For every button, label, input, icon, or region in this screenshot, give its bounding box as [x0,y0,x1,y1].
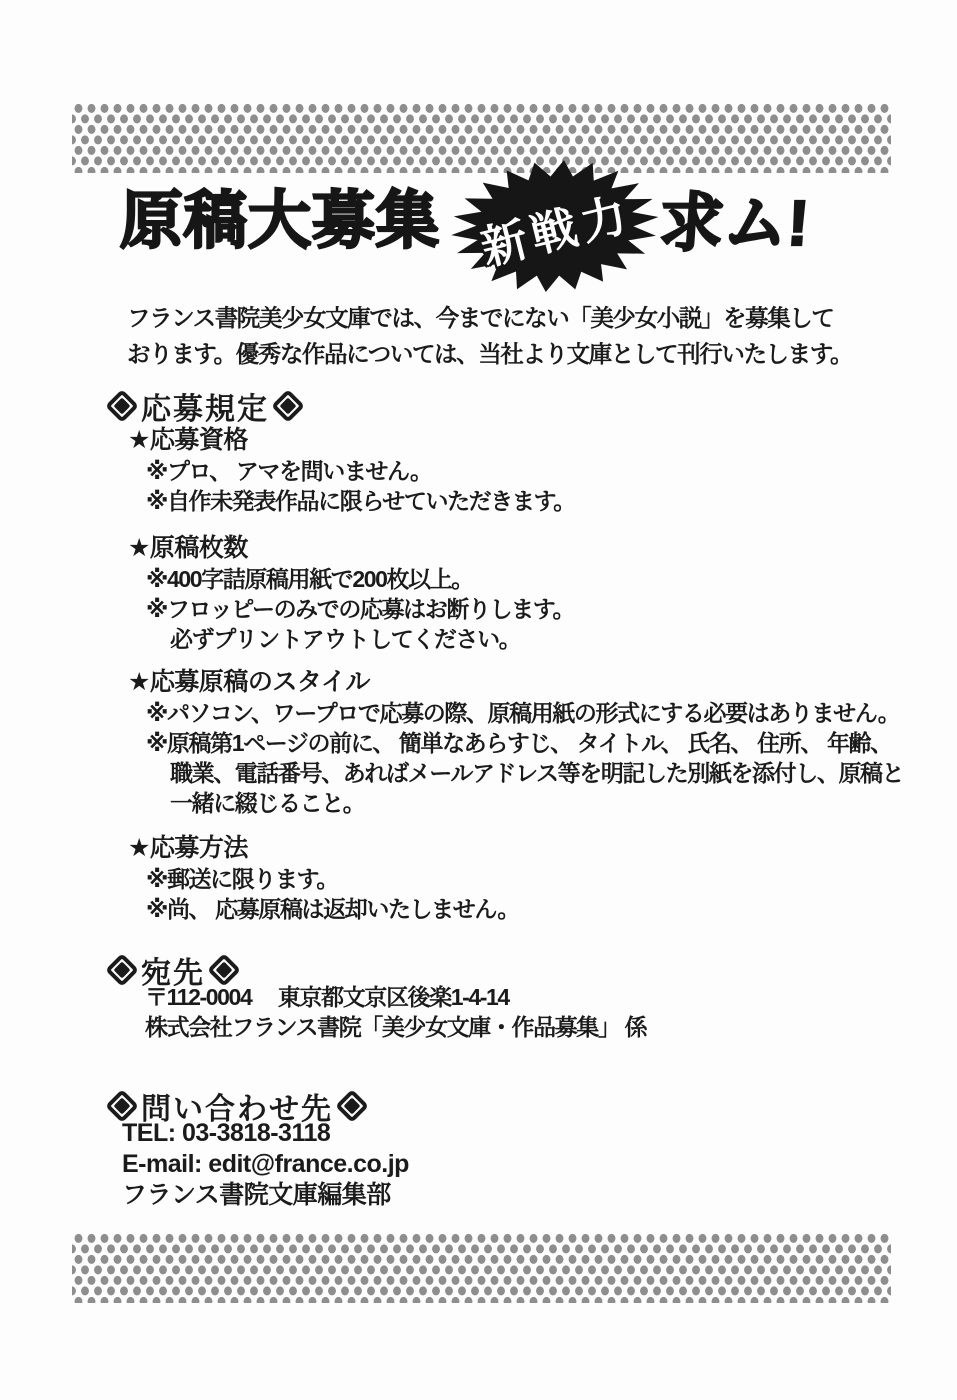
rules-group-submission-method: ★応募方法 ※郵送に限ります。 ※尚、 応募原稿は返却いたしません。 [128,832,519,924]
contact-line-department: フランス書院文庫編集部 [122,1180,409,1211]
group-title: ★応募方法 [128,832,519,864]
rule-line: ※自作未発表作品に限らせていただきます。 [128,486,575,516]
intro-paragraph: フランス書院美少女文庫では、今までにない「美少女小説」を募集して おります。優秀… [127,300,852,372]
rules-group-manuscript-style: ★応募原稿のスタイル ※パソコン、ワープロで応募の際、原稿用紙の形式にする必要は… [128,666,903,818]
diamond-icon [271,389,305,423]
diamond-icon [105,953,139,987]
rules-group-eligibility: ★応募資格 ※プロ、 アマを問いません。 ※自作未発表作品に限らせていただきます… [128,424,575,516]
title-main: 原稿大募集 [120,170,440,261]
contact-line-tel: TEL: 03-3818-3118 [122,1118,409,1149]
group-title: ★応募原稿のスタイル [128,666,903,698]
starburst-badge: 新戦力 [443,151,669,304]
note-pre: 必ず [170,626,213,652]
diamond-icon [105,389,139,423]
decor-dot-band-bottom [72,1233,891,1303]
contact-line-email: E-mail: edit@france.co.jp [122,1149,409,1180]
contact-block: TEL: 03-3818-3118 E-mail: edit@france.co… [122,1118,409,1211]
rule-line-continuation: 職業、電話番号、あればメールアドレス等を明記した別紙を添付し、原稿と [128,758,903,788]
rule-line: ※プロ、 アマを問いません。 [128,456,575,486]
section-heading-rules: 応募規定 [110,384,300,428]
rule-line: ※尚、 応募原稿は返却いたしません。 [128,894,519,924]
decor-dot-band-top [72,103,891,173]
rule-line: ※パソコン、ワープロで応募の際、原稿用紙の形式にする必要はありません。 [128,698,903,728]
address-block: 〒112-0004 東京都文京区後楽1-4-14 株式会社フランス書院「美少女文… [145,982,646,1042]
rule-line: ※400字詰原稿用紙で200枚以上。 [128,564,574,594]
rule-line: ※郵送に限ります。 [128,864,519,894]
intro-line-1: フランス書院美少女文庫では、今までにない「美少女小説」を募集して [127,305,834,331]
group-title: ★原稿枚数 [128,532,574,564]
note-post: してください。 [369,626,520,652]
title-suffix: 求ム! [657,172,813,264]
intro-line-2: おります。優秀な作品については、当社より文庫として刊行いたします。 [127,341,852,367]
group-title: ★応募資格 [128,424,575,456]
rule-line: ※原稿第1ページの前に、 簡単なあらすじ、 タイトル、 氏名、 住所、 年齢、 [128,728,903,758]
scanned-book-page: 原稿大募集 新戦力 求ム! フランス書院美少女文庫では、今までにない「美少女小説… [0,0,957,1400]
rules-group-page-count: ★原稿枚数 ※400字詰原稿用紙で200枚以上。 ※フロッピーのみでの応募はお断… [128,532,574,654]
rule-line-continuation: 一緒に綴じること。 [128,788,903,818]
note-bold: プリントアウト [213,626,369,652]
address-line-company: 株式会社フランス書院「美少女文庫・作品募集」 係 [145,1012,646,1042]
rule-line: ※フロッピーのみでの応募はお断りします。 [128,594,574,624]
rule-line-continuation: 必ずプリントアウトしてください。 [128,624,574,654]
address-line-postal: 〒112-0004 東京都文京区後楽1-4-14 [145,982,646,1012]
section-heading-rules-label: 応募規定 [141,384,269,428]
